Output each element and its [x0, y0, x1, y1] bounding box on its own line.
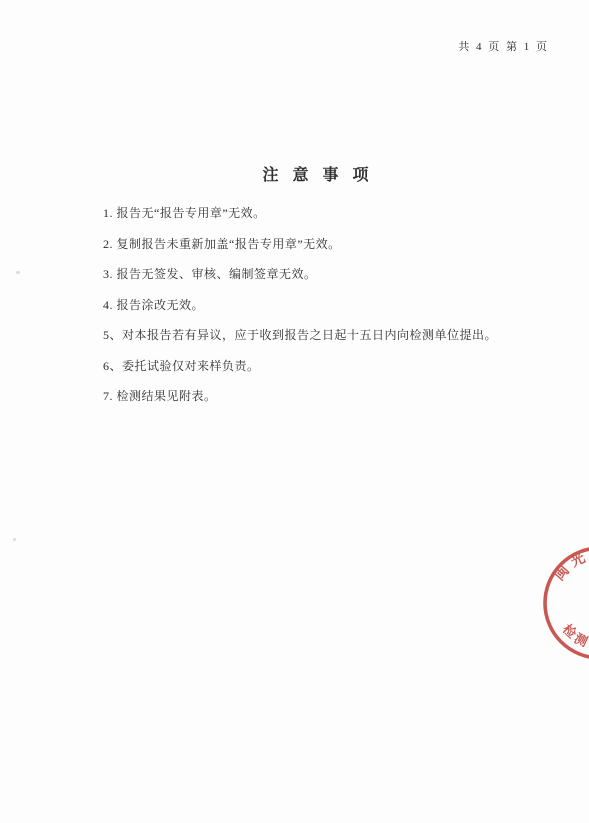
notice-item-1: 1. 报告无“报告专用章”无效。	[103, 205, 569, 236]
document-page: 共 4 页 第 1 页 注 意 事 项 1. 报告无“报告专用章”无效。 2. …	[0, 0, 589, 823]
notice-item-7: 7. 检测结果见附表。	[103, 388, 569, 419]
scan-artifact-speck	[13, 538, 16, 541]
notice-item-3: 3. 报告无签发、审核、编制签章无效。	[103, 266, 569, 297]
page-title: 注 意 事 项	[48, 162, 588, 185]
notice-item-6: 6、委托试验仅对来样负责。	[103, 358, 569, 389]
notice-item-4: 4. 报告涂改无效。	[103, 297, 569, 328]
seal-bottom-text: 检测	[560, 621, 589, 650]
scan-artifact-speck	[16, 271, 20, 274]
notice-item-2: 2. 复制报告未重新加盖“报告专用章”无效。	[103, 236, 569, 267]
page-indicator: 共 4 页 第 1 页	[458, 38, 549, 54]
seal-arc-text: 闽光	[551, 547, 589, 584]
notice-list: 1. 报告无“报告专用章”无效。 2. 复制报告未重新加盖“报告专用章”无效。 …	[103, 205, 569, 419]
notice-item-5: 5、对本报告若有异议，应于收到报告之日起十五日内向检测单位提出。	[103, 327, 569, 358]
red-inspection-seal: 闽光 检测	[540, 543, 589, 663]
seal-ring-icon	[545, 548, 589, 658]
